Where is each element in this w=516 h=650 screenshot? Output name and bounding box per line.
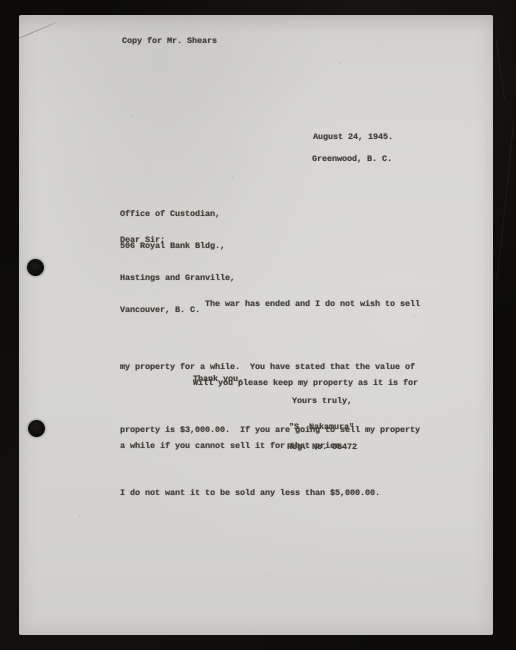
body-line: The war has ended and I do not wish to s…	[120, 294, 420, 315]
recipient-line: Office of Custodian,	[120, 209, 235, 220]
paper-specks	[19, 15, 20, 16]
film-scratch	[497, 120, 515, 279]
body-line: Will you please keep my property as it i…	[120, 373, 418, 394]
closing: Yours truly,	[292, 397, 352, 406]
scanned-letter-photograph: Copy for Mr. Shears August 24, 1945. Gre…	[0, 0, 516, 650]
copy-annotation: Copy for Mr. Shears	[122, 37, 217, 46]
date-line: August 24, 1945.	[313, 133, 393, 142]
thank-you-line: Thank you,	[193, 375, 243, 384]
signature: "S. Nakamura"	[289, 423, 354, 432]
salutation: Dear Sir:	[120, 236, 165, 245]
place-line: Greenwood, B. C.	[312, 155, 392, 164]
letter-page: Copy for Mr. Shears August 24, 1945. Gre…	[19, 15, 493, 635]
hole-punch-bottom	[28, 420, 45, 437]
pencil-mark	[19, 22, 57, 44]
body-line: a while if you cannot sell it for that p…	[120, 436, 418, 457]
hole-punch-top	[27, 259, 44, 276]
registration-number: Reg. No. 08472	[287, 443, 357, 452]
body-paragraph-2: Will you please keep my property as it i…	[120, 331, 418, 499]
film-scratch	[496, 40, 505, 100]
